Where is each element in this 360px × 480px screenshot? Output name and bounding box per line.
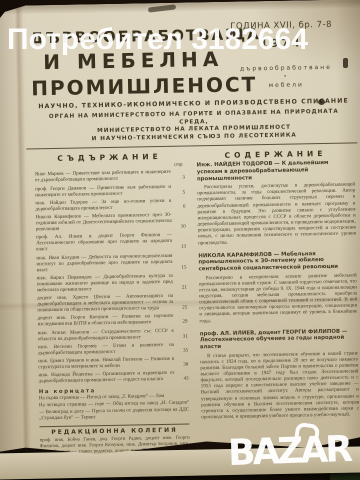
user-watermark: Потребител 3182664	[7, 23, 308, 57]
toc-entry-text: доцент инж. Христо Шехтов — Автоматизаци…	[37, 294, 173, 315]
toc-entry-page: 3	[174, 176, 185, 182]
toc-entry-page: 13	[175, 245, 186, 251]
tag-furniture: мебели	[231, 81, 341, 90]
cover-lines: На първа страница — Изглед от завод „Т. …	[39, 394, 189, 422]
toc-entry-page: 25	[176, 306, 187, 312]
contents-bg-heading: СЪДЪРЖАНИЕ	[34, 152, 184, 164]
toc-entry-text: Никола Карамфилов — Мебелната промишлено…	[36, 213, 172, 234]
toc-entry-page: 35	[177, 348, 188, 354]
topic-tags: дървообработване • мебели	[231, 62, 341, 90]
toc-entry-text: инж. Веселин Георгиев — Етапи в развитие…	[38, 343, 174, 358]
toc-entry-text: проф. Георги Дамянов — Приветствие към р…	[35, 184, 171, 199]
ru-sections: Инж. НАЙДЕН ТОДОРОВ — К дальнейшим успех…	[197, 160, 360, 422]
ru-abstract-body: Рассмотрено в историческом аспекте разви…	[199, 273, 358, 325]
ink-blemish	[318, 99, 325, 105]
toc-entry: инж. Атанас Манолов — Сътрудничеството с…	[38, 328, 188, 343]
toc-entry-page: 43	[178, 377, 189, 383]
toc-entry: инж. Веселин Георгиев — Етапи в развитие…	[38, 342, 188, 357]
page-content: ДЪРВООБРАБОТВАЩА И МЕБЕЛНА ПРОМИШЛЕНОСТ …	[0, 0, 360, 458]
toc-entry: инж. Найден Тодоров — За още по-големи у…	[35, 198, 185, 213]
toc-entry-page: 6	[174, 204, 185, 210]
toc-entry-page: 15	[175, 265, 186, 271]
toc-entry-page: 10	[175, 225, 186, 231]
toc-entry-page: 31	[177, 334, 188, 340]
tag-woodworking: дървообработване	[231, 64, 341, 73]
toc-entry-text: инж. Найден Тодоров — За още по-големи у…	[35, 199, 171, 214]
ru-abstract-body: В статье раскрыто, что лесотехническое о…	[200, 351, 359, 422]
toc-entries: Янко Марков — Приветствие към работницит…	[35, 170, 189, 386]
contents-russian: СОДЕРЖАНИЕ Инж. НАЙДЕН ТОДОРОВ — К дальн…	[196, 146, 360, 455]
ru-abstract-title: НИКОЛА КАРАМФИЛОВ — Мебельная промышленн…	[198, 250, 356, 273]
ru-abstract-body: Рассмотрены успехи, достигнутые в дерево…	[197, 183, 356, 247]
organ-statement: ОРГАН НА МИНИСТЕРСТВОТО НА ГОРИТЕ И ОПАЗ…	[34, 108, 355, 144]
toc-entry-text: Янко Марков — Приветствие към работницит…	[35, 170, 171, 185]
cover-notes: На корицата На първа страница — Изглед о…	[39, 387, 190, 422]
toc-entry-text: проф. Ал. Илиев и доцент Георги Филипов …	[36, 233, 172, 254]
toc-entry-page: 5	[174, 190, 185, 196]
diamond-bullet-icon: •	[231, 73, 341, 81]
toc-entry-page: 38	[177, 363, 188, 369]
ink-blemish	[343, 58, 348, 68]
toc-entry-text: инж. Атанас Манолов — Сътрудничеството с…	[38, 328, 174, 343]
ru-abstract-title: Инж. НАЙДЕН ТОДОРОВ — К дальнейшим успех…	[197, 160, 355, 183]
photographed-magazine-page: ДЪРВООБРАБОТВАЩА И МЕБЕЛНА ПРОМИШЛЕНОСТ …	[0, 0, 360, 480]
toc-entry: Янко Марков — Приветствие към работницит…	[35, 170, 185, 185]
toc-entry-page: 21	[176, 286, 187, 292]
toc-entry-text: инж. Ермил Урманов и инж. Николай Гантил…	[38, 357, 174, 372]
ru-abstract-title: проф. АЛ. ИЛИЕВ, доцент ГЕОРГИ ФИЛИПОВ —…	[200, 328, 358, 351]
toc-entry-text: инж. Иван Калудин — Дейността на научнои…	[36, 253, 172, 274]
ru-abstract: НИКОЛА КАРАМФИЛОВ — Мебельная промышленн…	[198, 250, 357, 325]
bazar-watermark: BAZAR	[227, 429, 350, 474]
editorial-board-heading: РЕДАКЦИОННА КОЛЕГИЯ	[39, 426, 189, 436]
toc-entry-text: доцент инж. Георги Кючуков — Развитие на…	[37, 314, 173, 329]
bazar-watermark-text: BAZAR	[227, 429, 350, 474]
toc-entry: доцент инж. Христо Шехтов — Автоматизаци…	[37, 294, 187, 315]
toc-entry: инж. Иван Калудин — Дейността на научнои…	[36, 253, 186, 274]
ru-abstract: Инж. НАЙДЕН ТОДОРОВ — К дальнейшим успех…	[197, 160, 357, 247]
toc-entry: инж. Кирил Пирамидов — Дървообработената…	[37, 273, 187, 294]
toc-entry: инж. Надежда Йоденска — Организациите и …	[38, 371, 188, 386]
toc-entry-text: инж. Надежда Йоденска — Организациите и …	[38, 371, 174, 386]
cover-line: На четвърта страница — горе — Общ изглед…	[39, 401, 189, 422]
contents-ru-heading: СОДЕРЖАНИЕ	[196, 149, 354, 161]
toc-entry: проф. Георги Дамянов — Приветствие към р…	[35, 184, 185, 199]
toc-entry: доцент инж. Георги Кючуков — Развитие на…	[37, 314, 187, 329]
toc-entry-page: 29	[177, 320, 188, 326]
toc-entry: Никола Карамфилов — Мебелната промишлено…	[36, 212, 186, 233]
toc-entry-text: инж. Кирил Пирамидов — Дървообработената…	[37, 274, 173, 295]
contents-columns: СЪДЪРЖАНИЕ стр. Янко Марков — Приветстви…	[34, 146, 360, 458]
contents-bulgarian: СЪДЪРЖАНИЕ стр. Янко Марков — Приветстви…	[34, 149, 190, 458]
magazine-page: ДЪРВООБРАБОТВАЩА И МЕБЕЛНА ПРОМИШЛЕНОСТ …	[0, 0, 360, 458]
toc-entry: проф. Ал. Илиев и доцент Георги Филипов …	[36, 233, 186, 254]
ru-abstract: проф. АЛ. ИЛИЕВ, доцент ГЕОРГИ ФИЛИПОВ —…	[200, 328, 360, 421]
title-line-3: ПРОМИШЛЕНОСТ	[31, 73, 236, 101]
toc-entry: инж. Ермил Урманов и инж. Николай Гантил…	[38, 356, 188, 371]
